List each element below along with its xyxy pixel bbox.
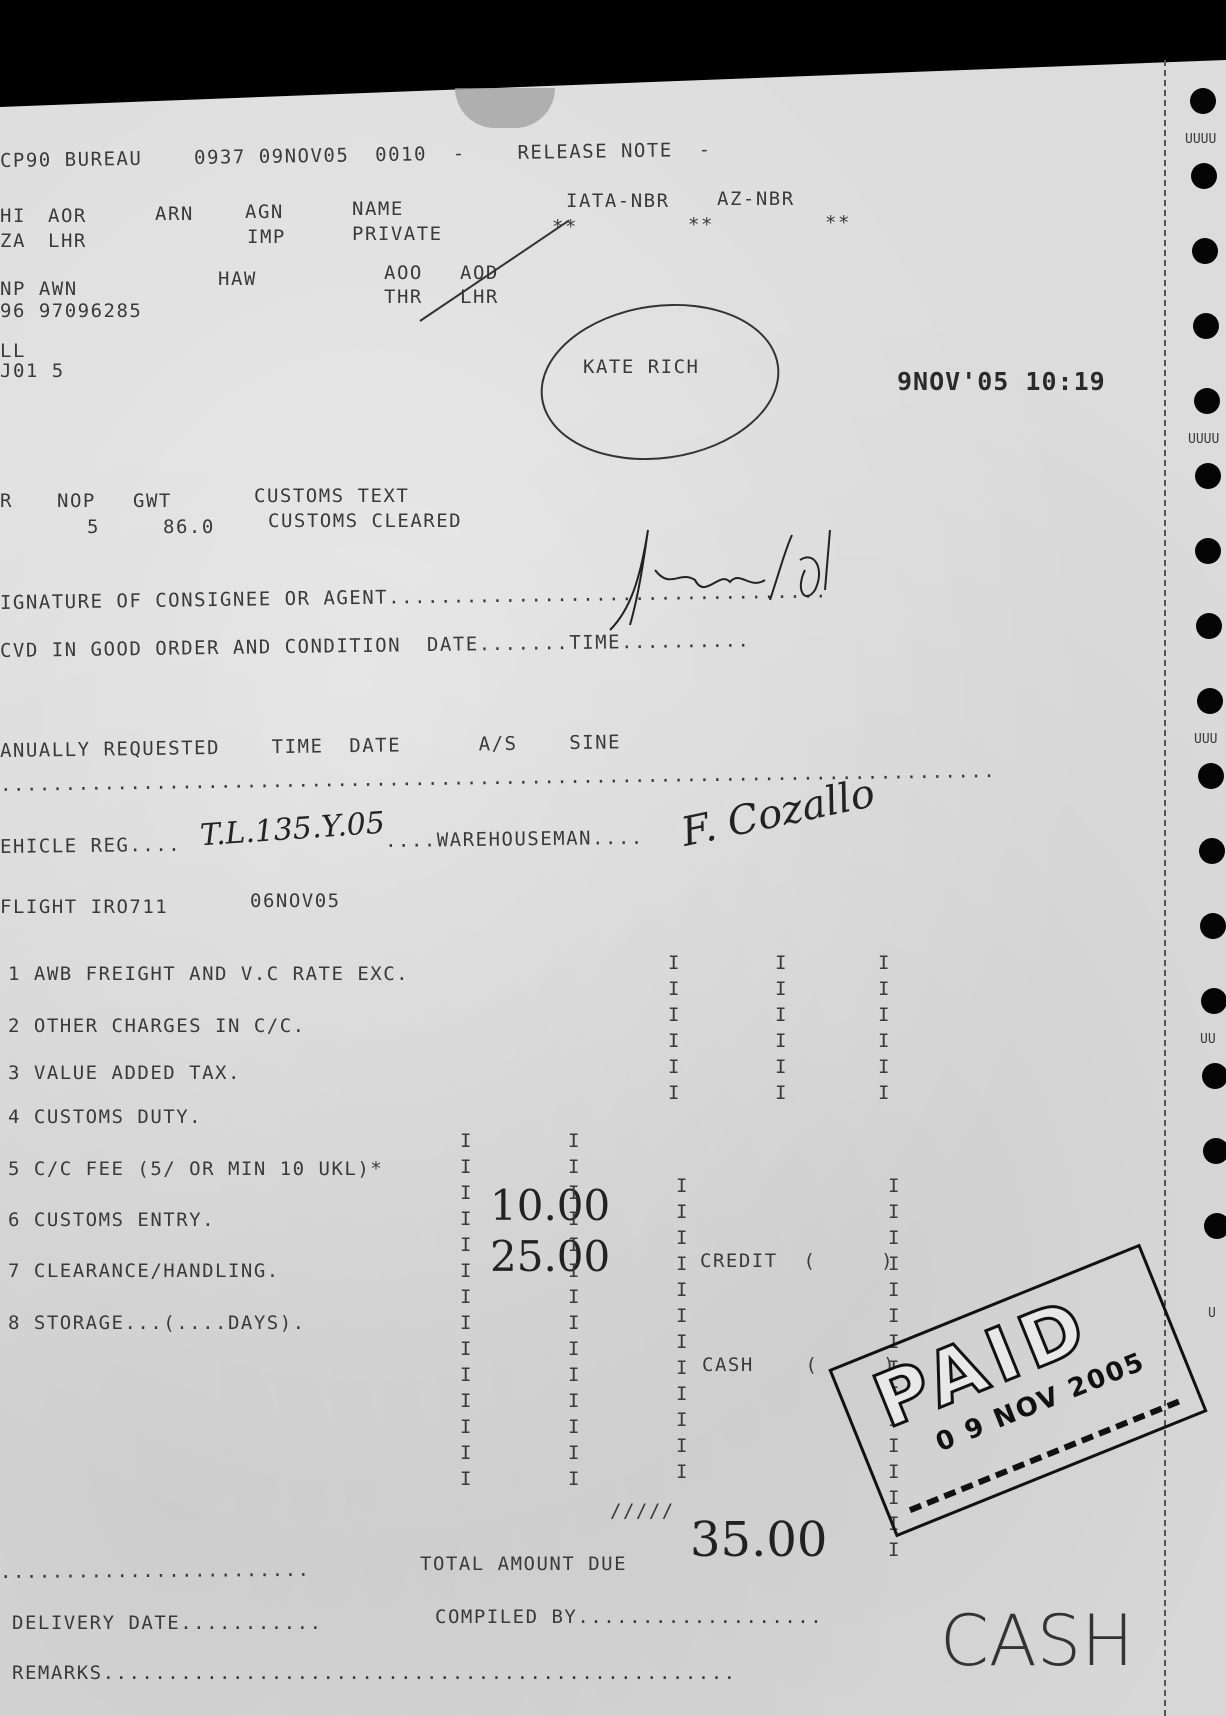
grid-column-mark: I: [888, 1201, 901, 1223]
col-aoo: AOO: [384, 262, 423, 284]
grid-column-mark: I: [568, 1390, 581, 1412]
total-label: TOTAL AMOUNT DUE: [420, 1553, 627, 1575]
grid-column-mark: I: [676, 1409, 689, 1431]
cargo-customs-status: CUSTOMS CLEARED: [268, 510, 462, 532]
grid-column-mark: I: [668, 1004, 681, 1026]
grid-column-mark: I: [676, 1227, 689, 1249]
grid-column-mark: I: [878, 1056, 891, 1078]
grid-column-mark: I: [460, 1364, 473, 1386]
val-aoo: THR: [384, 286, 423, 308]
grid-column-mark: I: [460, 1416, 473, 1438]
grid-column-mark: I: [878, 1082, 891, 1104]
grid-column-mark: I: [568, 1234, 581, 1256]
grid-column-mark: I: [668, 1030, 681, 1052]
cargo-gwt: 86.0: [163, 516, 215, 538]
cargo-nop: 5: [87, 516, 100, 538]
grid-column-mark: I: [460, 1468, 473, 1490]
handwritten-cash-note: CASH: [940, 1600, 1134, 1682]
header-j01: J01 5: [0, 360, 65, 382]
grid-column-mark: I: [878, 1030, 891, 1052]
tractor-hole: [1191, 163, 1217, 189]
time-stamp: 9NOV'05 10:19: [897, 367, 1106, 396]
total-dots: ........................: [0, 1559, 311, 1583]
grid-column-mark: I: [676, 1331, 689, 1353]
tractor-hole: [1202, 1063, 1226, 1089]
margin-mark: UUU: [1194, 732, 1217, 747]
grid-column-mark: I: [676, 1461, 689, 1483]
grid-column-mark: I: [676, 1435, 689, 1457]
val-awn: 96 97096285: [0, 300, 142, 322]
margin-mark: UUUU: [1185, 132, 1216, 147]
grid-column-mark: I: [888, 1227, 901, 1249]
val-name: PRIVATE: [352, 223, 443, 245]
grid-column-mark: I: [668, 978, 681, 1000]
grid-column-mark: I: [568, 1182, 581, 1204]
grid-column-mark: I: [668, 952, 681, 974]
grid-column-mark: I: [568, 1468, 581, 1490]
cargo-col-gwt: GWT: [133, 490, 172, 512]
vehicle-reg-label: EHICLE REG....: [0, 834, 181, 858]
grid-column-mark: I: [460, 1286, 473, 1308]
cargo-col-r: R: [0, 490, 13, 512]
val-az: **: [825, 212, 851, 234]
charge-row: 1 AWB FREIGHT AND V.C RATE EXC.: [8, 963, 409, 985]
consignee-signature: [600, 510, 880, 640]
grid-column-mark: I: [568, 1156, 581, 1178]
grid-column-mark: I: [460, 1338, 473, 1360]
col-aor: AOR: [48, 205, 87, 227]
val-aor: LHR: [48, 230, 87, 252]
cargo-col-customs-text: CUSTOMS TEXT: [254, 485, 409, 507]
tractor-hole: [1203, 1138, 1226, 1164]
grid-column-mark: I: [568, 1286, 581, 1308]
grid-column-mark: I: [568, 1364, 581, 1386]
grid-column-mark: I: [668, 1082, 681, 1104]
cargo-col-nop: NOP: [57, 490, 96, 512]
charge-row: 8 STORAGE...(....DAYS).: [8, 1312, 306, 1334]
charge-row: 3 VALUE ADDED TAX.: [8, 1062, 241, 1084]
grid-column-mark: I: [568, 1442, 581, 1464]
margin-mark: UU: [1200, 1032, 1216, 1047]
tractor-hole: [1200, 913, 1226, 939]
grid-column-mark: I: [676, 1253, 689, 1275]
flight-date: 06NOV05: [250, 890, 341, 912]
header-ll: LL: [0, 340, 26, 362]
grid-column-mark: I: [460, 1312, 473, 1334]
grid-column-mark: I: [568, 1260, 581, 1282]
credit-option: CREDIT ( ): [700, 1250, 894, 1272]
grid-column-mark: I: [888, 1539, 901, 1561]
tractor-hole: [1194, 388, 1220, 414]
tractor-hole: [1198, 763, 1224, 789]
grid-column-mark: I: [568, 1130, 581, 1152]
grid-column-mark: I: [878, 1004, 891, 1026]
tractor-hole: [1193, 313, 1219, 339]
grid-column-mark: I: [775, 1056, 788, 1078]
grid-column-mark: I: [460, 1208, 473, 1230]
tractor-hole: [1190, 88, 1216, 114]
remarks-field: REMARKS.................................…: [12, 1662, 737, 1684]
grid-column-mark: I: [568, 1312, 581, 1334]
val-agn: IMP: [247, 226, 286, 248]
grid-column-mark: I: [775, 952, 788, 974]
grid-column-mark: I: [888, 1175, 901, 1197]
grid-column-mark: I: [568, 1416, 581, 1438]
flight-number: FLIGHT IRO711: [0, 896, 168, 918]
grid-column-mark: I: [676, 1305, 689, 1327]
grid-column-mark: I: [878, 952, 891, 974]
margin-mark: U: [1208, 1306, 1216, 1321]
grid-column-mark: I: [676, 1175, 689, 1197]
warehouseman-label: ....WAREHOUSEMAN....: [385, 827, 644, 852]
grid-column-mark: I: [460, 1390, 473, 1412]
grid-column-mark: I: [460, 1182, 473, 1204]
charge-row: 6 CUSTOMS ENTRY.: [8, 1209, 215, 1231]
grid-column-mark: I: [888, 1279, 901, 1301]
tractor-hole: [1197, 688, 1223, 714]
tractor-hole: [1192, 238, 1218, 264]
compiled-by-field: COMPILED BY...................: [435, 1606, 823, 1628]
tractor-feed-strip: [1164, 60, 1226, 1716]
col-arn: ARN: [155, 203, 194, 225]
grid-column-mark: I: [775, 978, 788, 1000]
tractor-hole: [1204, 1213, 1226, 1239]
grid-column-mark: I: [668, 1056, 681, 1078]
margin-mark: UUUU: [1188, 432, 1219, 447]
grid-column-mark: I: [676, 1357, 689, 1379]
grid-column-mark: I: [460, 1260, 473, 1282]
tractor-hole: [1201, 988, 1226, 1014]
grid-column-mark: I: [568, 1338, 581, 1360]
grid-column-mark: I: [775, 1082, 788, 1104]
col-awn: NP AWN: [0, 278, 78, 300]
col-name: NAME: [352, 198, 404, 220]
charge-row: 4 CUSTOMS DUTY.: [8, 1106, 202, 1128]
charge-row: 2 OTHER CHARGES IN C/C.: [8, 1015, 306, 1037]
val-hi: ZA: [0, 230, 26, 252]
charge-row: 5 C/C FEE (5/ OR MIN 10 UKL)*: [8, 1158, 383, 1180]
grid-column-mark: I: [878, 978, 891, 1000]
tractor-hole: [1199, 838, 1225, 864]
delivery-date-field: DELIVERY DATE...........: [12, 1612, 323, 1634]
grid-column-mark: I: [460, 1234, 473, 1256]
col-iata-nbr: IATA-NBR: [566, 190, 670, 212]
grid-column-mark: I: [676, 1279, 689, 1301]
val-iata-2: **: [688, 214, 714, 236]
grid-column-mark: I: [775, 1030, 788, 1052]
consignee-name: KATE RICH: [583, 356, 699, 378]
col-hi: HI: [0, 205, 26, 227]
charge-amount: 10.00: [490, 1181, 610, 1230]
col-haw: HAW: [218, 268, 257, 290]
grid-column-mark: I: [676, 1383, 689, 1405]
charge-amount: 25.00: [490, 1232, 610, 1281]
col-agn: AGN: [245, 201, 284, 223]
grid-column-mark: I: [460, 1156, 473, 1178]
tractor-hole: [1195, 463, 1221, 489]
grid-column-mark: I: [676, 1201, 689, 1223]
grid-column-mark: I: [460, 1442, 473, 1464]
col-az-nbr: AZ-NBR: [717, 188, 795, 210]
total-amount: 35.00: [690, 1512, 827, 1568]
grid-column-mark: I: [775, 1004, 788, 1026]
grid-column-mark: I: [888, 1305, 901, 1327]
total-slashes: /////: [610, 1500, 675, 1522]
grid-column-mark: I: [568, 1208, 581, 1230]
grid-column-mark: I: [460, 1130, 473, 1152]
charge-row: 7 CLEARANCE/HANDLING.: [8, 1260, 280, 1282]
